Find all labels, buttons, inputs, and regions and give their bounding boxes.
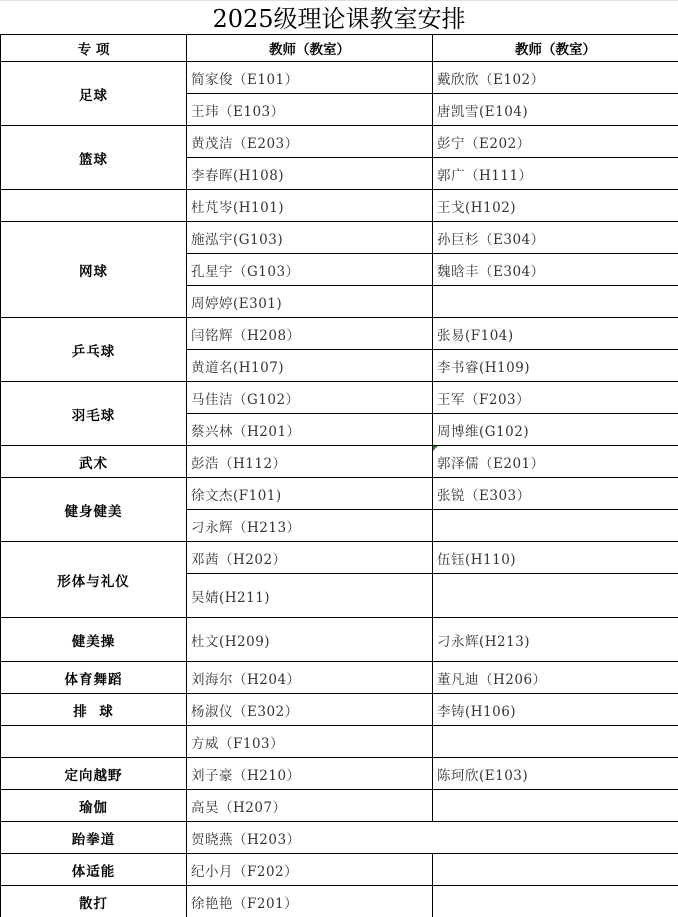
sport-orienteering[interactable]: 定向越野	[1, 758, 187, 790]
sport-empty[interactable]	[1, 726, 187, 758]
teacher-cell-merged[interactable]: 贺晓燕（H203）	[187, 822, 678, 854]
sport-taekwondo[interactable]: 跆拳道	[1, 822, 187, 854]
teacher-cell[interactable]: 王戈(H102)	[433, 190, 678, 222]
teacher-cell[interactable]: 李铸(H106)	[433, 694, 678, 726]
table-row: 健身健美 徐文杰(F101) 张锐（E303）	[1, 478, 678, 510]
teacher-cell[interactable]: 周博维(G102)	[433, 414, 678, 446]
teacher-cell[interactable]: 刁永辉(H213)	[433, 618, 678, 662]
teacher-cell[interactable]: 徐文杰(F101)	[187, 478, 433, 510]
teacher-cell[interactable]: 吴婧(H211)	[187, 574, 433, 618]
teacher-cell[interactable]: 王玮（E103）	[187, 94, 433, 126]
teacher-cell[interactable]: 闫铭辉（H208）	[187, 318, 433, 350]
table-row: 定向越野 刘子豪（H210） 陈珂欣(E103)	[1, 758, 678, 790]
teacher-cell-empty[interactable]	[433, 790, 678, 822]
header-row: 专 项 教师（教室） 教师（教室）	[1, 35, 678, 62]
classroom-table: 专 项 教师（教室） 教师（教室） 足球 简家俊（E101） 戴欣欣（E102）…	[0, 34, 678, 917]
table-row: 武术 彭浩（H112） 郭泽儒（E201）	[1, 446, 678, 478]
teacher-cell[interactable]: 杨淑仪（E302）	[187, 694, 433, 726]
teacher-cell[interactable]: 董凡迪（H206）	[433, 662, 678, 694]
teacher-cell[interactable]: 唐凯雪(E104)	[433, 94, 678, 126]
sport-table-tennis[interactable]: 乒乓球	[1, 318, 187, 382]
teacher-cell[interactable]: 王军（F203）	[433, 382, 678, 414]
teacher-cell-with-comment[interactable]: 郭泽儒（E201）	[433, 446, 678, 478]
teacher-cell-empty[interactable]	[433, 886, 678, 917]
sport-aerobics[interactable]: 健美操	[1, 618, 187, 662]
header-teacher-1[interactable]: 教师（教室）	[187, 35, 433, 62]
table-row: 足球 简家俊（E101） 戴欣欣（E102）	[1, 62, 678, 94]
sport-football[interactable]: 足球	[1, 62, 187, 126]
teacher-cell[interactable]: 刘子豪（H210）	[187, 758, 433, 790]
table-row: 乒乓球 闫铭辉（H208） 张易(F104)	[1, 318, 678, 350]
teacher-cell[interactable]: 周婷婷(E301)	[187, 286, 433, 318]
teacher-cell[interactable]: 李春晖(H108)	[187, 158, 433, 190]
teacher-cell-text: 郭泽儒（E201）	[437, 456, 545, 472]
teacher-cell[interactable]: 方威（F103）	[187, 726, 433, 758]
header-teacher-2[interactable]: 教师（教室）	[433, 35, 678, 62]
teacher-cell[interactable]: 黄道名(H107)	[187, 350, 433, 382]
teacher-cell[interactable]: 孙巨杉（E304）	[433, 222, 678, 254]
sport-sports-dance[interactable]: 体育舞蹈	[1, 662, 187, 694]
table-row: 杜芃岑(H101) 王戈(H102)	[1, 190, 678, 222]
table-row: 羽毛球 马佳洁（G102） 王军（F203）	[1, 382, 678, 414]
table-row: 体育舞蹈 刘海尔（H204） 董凡迪（H206）	[1, 662, 678, 694]
teacher-cell[interactable]: 孔星宇（G103）	[187, 254, 433, 286]
table-row: 排 球 杨淑仪（E302） 李铸(H106)	[1, 694, 678, 726]
teacher-cell[interactable]: 简家俊（E101）	[187, 62, 433, 94]
teacher-cell[interactable]: 戴欣欣（E102）	[433, 62, 678, 94]
teacher-cell-empty[interactable]	[433, 726, 678, 758]
teacher-cell[interactable]: 彭浩（H112）	[187, 446, 433, 478]
table-row: 散打 徐艳艳（F201）	[1, 886, 678, 917]
sport-basketball[interactable]: 篮球	[1, 126, 187, 190]
teacher-cell-empty[interactable]	[433, 510, 678, 542]
sport-posture-etiquette[interactable]: 形体与礼仪	[1, 542, 187, 618]
teacher-cell[interactable]: 张锐（E303）	[433, 478, 678, 510]
table-row: 瑜伽 高昊（H207）	[1, 790, 678, 822]
teacher-cell[interactable]: 黄茂洁（E203）	[187, 126, 433, 158]
table-row: 方威（F103）	[1, 726, 678, 758]
table-row: 体适能 纪小月（F202）	[1, 854, 678, 886]
teacher-cell[interactable]: 陈珂欣(E103)	[433, 758, 678, 790]
teacher-cell[interactable]: 施泓宇(G103)	[187, 222, 433, 254]
table-row: 健美操 杜文(H209) 刁永辉(H213)	[1, 618, 678, 662]
teacher-cell[interactable]: 郭广（H111）	[433, 158, 678, 190]
sport-physical-fitness[interactable]: 体适能	[1, 854, 187, 886]
table-row: 跆拳道 贺晓燕（H203）	[1, 822, 678, 854]
spreadsheet: 2025级理论课教室安排 专 项 教师（教室） 教师（教室） 足球 简家俊（E1…	[0, 0, 678, 917]
sport-tennis[interactable]: 网球	[1, 222, 187, 318]
teacher-cell-empty[interactable]	[433, 574, 678, 618]
teacher-cell-empty[interactable]	[433, 286, 678, 318]
teacher-cell[interactable]: 刁永辉（H213）	[187, 510, 433, 542]
sport-yoga[interactable]: 瑜伽	[1, 790, 187, 822]
table-row: 形体与礼仪 邓茜（H202） 伍钰(H110)	[1, 542, 678, 574]
table-row: 篮球 黄茂洁（E203） 彭宁（E202）	[1, 126, 678, 158]
sport-volleyball[interactable]: 排 球	[1, 694, 187, 726]
teacher-cell[interactable]: 杜文(H209)	[187, 618, 433, 662]
teacher-cell[interactable]: 马佳洁（G102）	[187, 382, 433, 414]
sport-sanda[interactable]: 散打	[1, 886, 187, 917]
teacher-cell[interactable]: 蔡兴林（H201）	[187, 414, 433, 446]
sport-wushu[interactable]: 武术	[1, 446, 187, 478]
teacher-cell[interactable]: 杜芃岑(H101)	[187, 190, 433, 222]
teacher-cell[interactable]: 李书睿(H109)	[433, 350, 678, 382]
sport-empty[interactable]	[1, 190, 187, 222]
sport-badminton[interactable]: 羽毛球	[1, 382, 187, 446]
teacher-cell[interactable]: 纪小月（F202）	[187, 854, 433, 886]
teacher-cell[interactable]: 刘海尔（H204）	[187, 662, 433, 694]
teacher-cell[interactable]: 高昊（H207）	[187, 790, 433, 822]
teacher-cell-empty[interactable]	[433, 854, 678, 886]
teacher-cell[interactable]: 邓茜（H202）	[187, 542, 433, 574]
sheet-title: 2025级理论课教室安排	[0, 0, 678, 34]
table-row: 网球 施泓宇(G103) 孙巨杉（E304）	[1, 222, 678, 254]
teacher-cell[interactable]: 张易(F104)	[433, 318, 678, 350]
sport-fitness[interactable]: 健身健美	[1, 478, 187, 542]
teacher-cell[interactable]: 魏晗丰（E304）	[433, 254, 678, 286]
teacher-cell[interactable]: 彭宁（E202）	[433, 126, 678, 158]
header-sport[interactable]: 专 项	[1, 35, 187, 62]
teacher-cell[interactable]: 伍钰(H110)	[433, 542, 678, 574]
teacher-cell[interactable]: 徐艳艳（F201）	[187, 886, 433, 917]
